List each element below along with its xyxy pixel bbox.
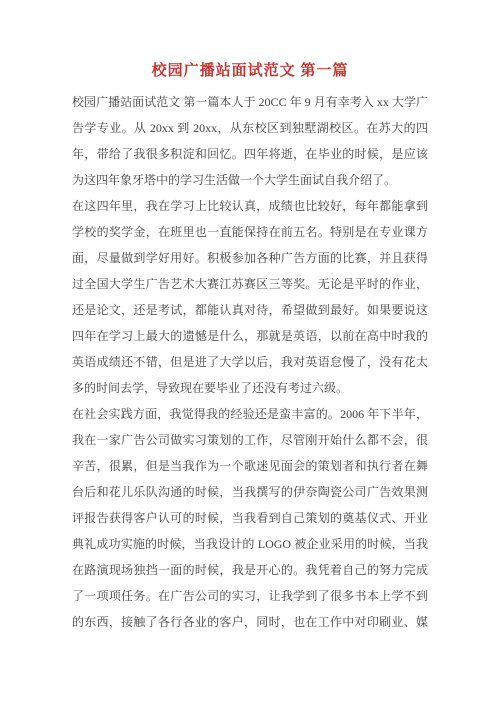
document-page: 校园广播站面试范文 第一篇 校园广播站面试范文 第一篇本人于 20CC 年 9 … — [0, 0, 500, 707]
document-body: 校园广播站面试范文 第一篇本人于 20CC 年 9 月有幸考入 xx 大学广告学… — [72, 89, 428, 635]
paragraph: 在社会实践方面，我觉得我的经验还是蛮丰富的。2006 年下半年，我在一家广告公司… — [72, 401, 428, 635]
text-line: 过全国大学生广告艺术大赛江苏赛区三等奖。无论是平时的作业， — [72, 271, 428, 297]
document-title: 校园广播站面试范文 第一篇 — [0, 61, 500, 81]
paragraph: 在这四年里，我在学习上比较认真，成绩也比较好，每年都能拿到学校的奖学金，在班里也… — [72, 193, 428, 401]
text-line: 辛苦，很累，但是当我作为一个歌迷见面会的策划者和执行者在舞 — [72, 453, 428, 479]
text-line: 我在一家广告公司做实习策划的工作，尽管刚开始什么都不会，很 — [72, 427, 428, 453]
text-line: 为这四年象牙塔中的学习生活做一个大学生面试自我介绍了。 — [72, 167, 428, 193]
text-line: 典礼成功实施的时候，当我设计的 LOGO 被企业采用的时候，当我 — [72, 531, 428, 557]
text-line: 告学专业。从 20xx 到 20xx，从东校区到独墅湖校区。在苏大的四 — [72, 115, 428, 141]
text-line: 在路演现场独挡一面的时候，我是开心的。我凭着自己的努力完成 — [72, 557, 428, 583]
paragraph: 校园广播站面试范文 第一篇本人于 20CC 年 9 月有幸考入 xx 大学广告学… — [72, 89, 428, 193]
text-line: 面，尽量做到学好用好。积极参加各种广告方面的比赛，并且获得 — [72, 245, 428, 271]
text-line: 在这四年里，我在学习上比较认真，成绩也比较好，每年都能拿到 — [72, 193, 428, 219]
text-line: 校园广播站面试范文 第一篇本人于 20CC 年 9 月有幸考入 xx 大学广 — [72, 89, 428, 115]
text-line: 台后和花儿乐队沟通的时候，当我撰写的伊奈陶瓷公司广告效果测 — [72, 479, 428, 505]
text-line: 在社会实践方面，我觉得我的经验还是蛮丰富的。2006 年下半年， — [72, 401, 428, 427]
text-line: 评报告获得客户认可的时候，当我看到自己策划的奠基仪式、开业 — [72, 505, 428, 531]
text-line: 了一项项任务。在广告公司的实习，让我学到了很多书本上学不到 — [72, 583, 428, 609]
text-line: 还是论文，还是考试，都能认真对待，希望做到最好。如果要说这 — [72, 297, 428, 323]
text-line: 多的时间去学，导致现在要毕业了还没有考过六级。 — [72, 375, 428, 401]
text-line: 学校的奖学金，在班里也一直能保持在前五名。特别是在专业课方 — [72, 219, 428, 245]
text-line: 的东西，接触了各行各业的客户，同时，也在工作中对印刷业、媒 — [72, 609, 428, 635]
text-line: 英语成绩还不错，但是进了大学以后，我对英语怠慢了，没有花太 — [72, 349, 428, 375]
text-line: 四年在学习上最大的遗憾是什么，那就是英语，以前在高中时我的 — [72, 323, 428, 349]
text-line: 年，带给了我很多积淀和回忆。四年将逝，在毕业的时候，是应该 — [72, 141, 428, 167]
